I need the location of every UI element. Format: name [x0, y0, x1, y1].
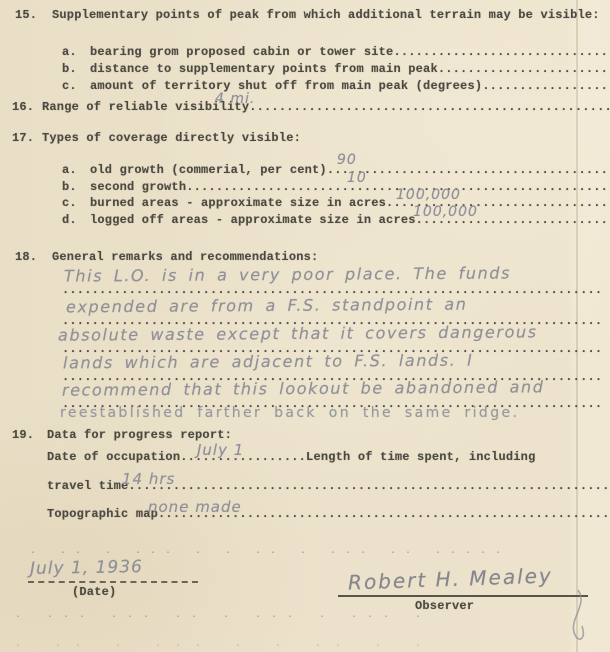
item-15-heading: Supplementary points of peak from which …	[52, 8, 600, 22]
signature-flourish	[548, 590, 592, 650]
item-15-number: 15.	[15, 8, 37, 22]
item-15b-letter: b.	[62, 62, 77, 76]
item-15a-text: bearing grom proposed cabin or tower sit…	[90, 45, 608, 59]
handwritten-remark-line-2: expended are from a F.S. standpoint an	[66, 295, 468, 317]
scanned-form-page: 15. Supplementary points of peak from wh…	[0, 0, 610, 652]
date-label: (Date)	[72, 585, 116, 599]
item-17d-letter: d.	[62, 213, 77, 227]
handwritten-remark-line-4: lands which are adjacent to F.S. lands. …	[63, 351, 474, 373]
item-19-number: 19.	[12, 428, 34, 442]
item-15c-text: amount of territory shut off from main p…	[90, 79, 608, 93]
item-15c-letter: c.	[62, 79, 77, 93]
handwritten-visibility-range: 4 mi.	[215, 91, 255, 107]
bleedthrough-dots-row-2: . ... ... .. . ... . ... .	[15, 610, 431, 621]
handwritten-travel-time: 14 hrs	[122, 470, 175, 488]
item-16-text: Range of reliable visibility............…	[42, 100, 610, 114]
item-17a-letter: a.	[62, 163, 77, 177]
item-17b-letter: b.	[62, 180, 77, 194]
bleedthrough-dots-row-1: . .. . ... . . .. . ... .. .....	[30, 546, 510, 557]
item-16-number: 16.	[12, 100, 34, 114]
handwritten-remark-line-1: This L.O. is in a very poor place. The f…	[64, 263, 511, 285]
date-signature-line	[28, 581, 198, 583]
item-19-heading: Data for progress report:	[47, 428, 232, 442]
item-17-heading: Types of coverage directly visible:	[42, 131, 301, 145]
handwritten-burned-acres: 100,000	[396, 187, 461, 203]
item-17-number: 17.	[12, 131, 34, 145]
item-17c-text: burned areas - approximate size in acres…	[90, 196, 608, 210]
item-15a-letter: a.	[62, 45, 77, 59]
handwritten-old-growth-percent: 90	[337, 152, 357, 168]
handwritten-signature-date: July 1, 1936	[30, 557, 143, 579]
handwritten-logged-acres: 100,000	[413, 204, 478, 220]
topographic-map-label: Topographic map.........................…	[47, 507, 610, 521]
item-15b-text: distance to supplementary points from ma…	[90, 62, 608, 76]
handwritten-topographic-map: none made	[148, 498, 242, 516]
item-17c-letter: c.	[62, 196, 77, 210]
observer-signature: Robert H. Mealey	[348, 563, 554, 594]
handwritten-remark-inserted-line: reestablished farther back on the same r…	[60, 405, 519, 421]
item-18-heading: General remarks and recommendations:	[52, 250, 318, 264]
bleedthrough-dots-row-3: . .. . ... . . .. . .	[15, 639, 435, 650]
handwritten-remark-line-3: absolute waste except that it covers dan…	[58, 322, 538, 344]
occupation-line-label: Date of occupation.................Lengt…	[47, 450, 535, 464]
handwritten-remark-line-5: recommend that this lookout be abandoned…	[62, 377, 545, 399]
item-17d-text: logged off areas - approximate size in a…	[90, 213, 608, 227]
handwritten-second-growth-percent: 10	[347, 170, 367, 186]
item-18-number: 18.	[15, 250, 37, 264]
handwritten-occupation-date: July 1	[197, 441, 244, 459]
